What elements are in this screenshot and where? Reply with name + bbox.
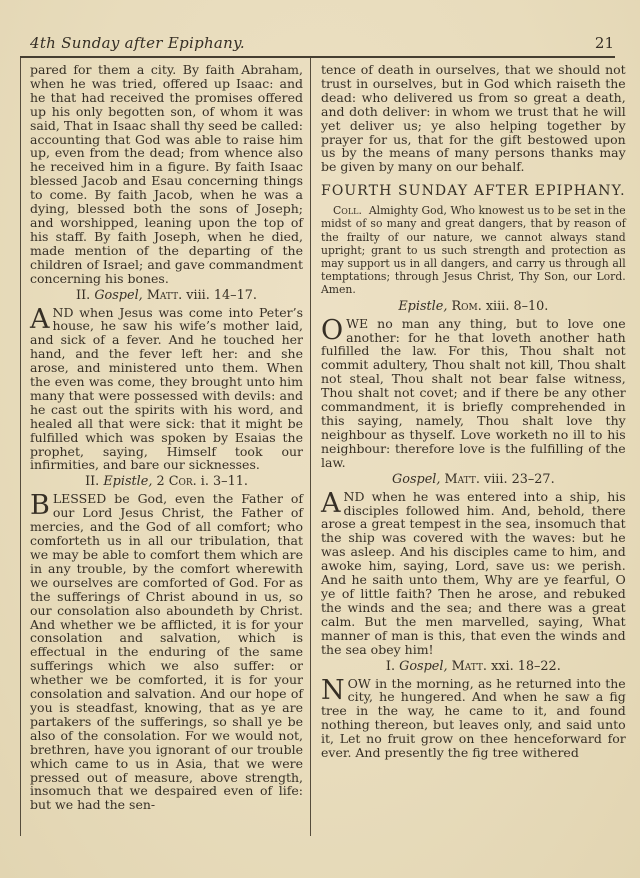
- scripture-heading: I. Gospel, Matt. xxi. 18–22.: [321, 660, 626, 674]
- collect-text: Almighty God, Who knowest us to be set i…: [321, 204, 626, 296]
- collect-label: Coll.: [333, 204, 362, 217]
- heading-ref: xiii. 8–10.: [486, 299, 549, 314]
- heading-label: Gospel,: [94, 288, 142, 303]
- paragraph: AND when he was entered into a ship, his…: [321, 490, 626, 657]
- heading-ref: viii. 23–27.: [484, 472, 555, 487]
- heading-book: Rom.: [451, 299, 481, 314]
- paragraph-text: LESSED be God, even the Father of our Lo…: [30, 491, 303, 812]
- scripture-heading: II. Epistle, 2 Cor. i. 3–11.: [30, 475, 303, 489]
- heading-number: II.: [85, 474, 99, 489]
- left-column: pared for them a city. By faith Abraham,…: [21, 58, 310, 836]
- heading-ref: i. 3–11.: [201, 474, 248, 489]
- paragraph: NOW in the morning, as he returned into …: [321, 677, 626, 760]
- paragraph: tence of death in ourselves, that we sho…: [321, 63, 626, 174]
- scripture-heading: II. Gospel, Matt. viii. 14–17.: [30, 289, 303, 303]
- paragraph-text: WE no man any thing, but to love one ano…: [321, 316, 626, 470]
- page-number: 21: [595, 34, 616, 52]
- drop-cap: O: [321, 317, 346, 341]
- heading-book: Matt.: [445, 472, 480, 487]
- heading-label: Epistle,: [103, 474, 152, 489]
- heading-book: 2 Cor.: [156, 474, 196, 489]
- drop-cap: B: [30, 492, 53, 516]
- paragraph-text: ND when Jesus was come into Peter’s hous…: [30, 305, 303, 473]
- paragraph: pared for them a city. By faith Abraham,…: [30, 63, 303, 286]
- text-columns: pared for them a city. By faith Abraham,…: [20, 58, 615, 836]
- heading-number: I.: [386, 659, 395, 674]
- book-page: 4th Sunday after Epiphany. 21 pared for …: [0, 0, 640, 878]
- scripture-heading: Gospel, Matt. viii. 23–27.: [321, 473, 626, 487]
- scripture-heading: Epistle, Rom. xiii. 8–10.: [321, 300, 626, 314]
- paragraph: AND when Jesus was come into Peter’s hou…: [30, 306, 303, 473]
- page-header: 4th Sunday after Epiphany. 21: [30, 34, 616, 52]
- heading-ref: viii. 14–17.: [186, 288, 257, 303]
- collect-paragraph: Coll. Almighty God, Who knowest us to be…: [321, 204, 626, 296]
- heading-number: II.: [76, 288, 90, 303]
- paragraph-text: ND when he was entered into a ship, his …: [321, 489, 626, 657]
- paragraph: BLESSED be God, even the Father of our L…: [30, 492, 303, 812]
- heading-label: Gospel,: [392, 472, 440, 487]
- drop-cap: A: [30, 306, 53, 330]
- heading-label: Gospel,: [399, 659, 447, 674]
- drop-cap: N: [321, 677, 348, 701]
- paragraph-text: OW in the morning, as he returned into t…: [321, 676, 626, 761]
- heading-label: Epistle,: [398, 299, 447, 314]
- drop-cap: A: [321, 490, 344, 514]
- paragraph: OWE no man any thing, but to love one an…: [321, 317, 626, 470]
- running-title: 4th Sunday after Epiphany.: [30, 34, 245, 52]
- section-heading: FOURTH SUNDAY AFTER EPIPHANY.: [321, 183, 626, 199]
- heading-book: Matt.: [452, 659, 487, 674]
- heading-book: Matt.: [147, 288, 182, 303]
- paragraph-text: tence of death in ourselves, that we sho…: [321, 62, 626, 174]
- right-column: tence of death in ourselves, that we sho…: [310, 58, 626, 836]
- paragraph-text: pared for them a city. By faith Abraham,…: [30, 62, 303, 286]
- heading-ref: xxi. 18–22.: [491, 659, 561, 674]
